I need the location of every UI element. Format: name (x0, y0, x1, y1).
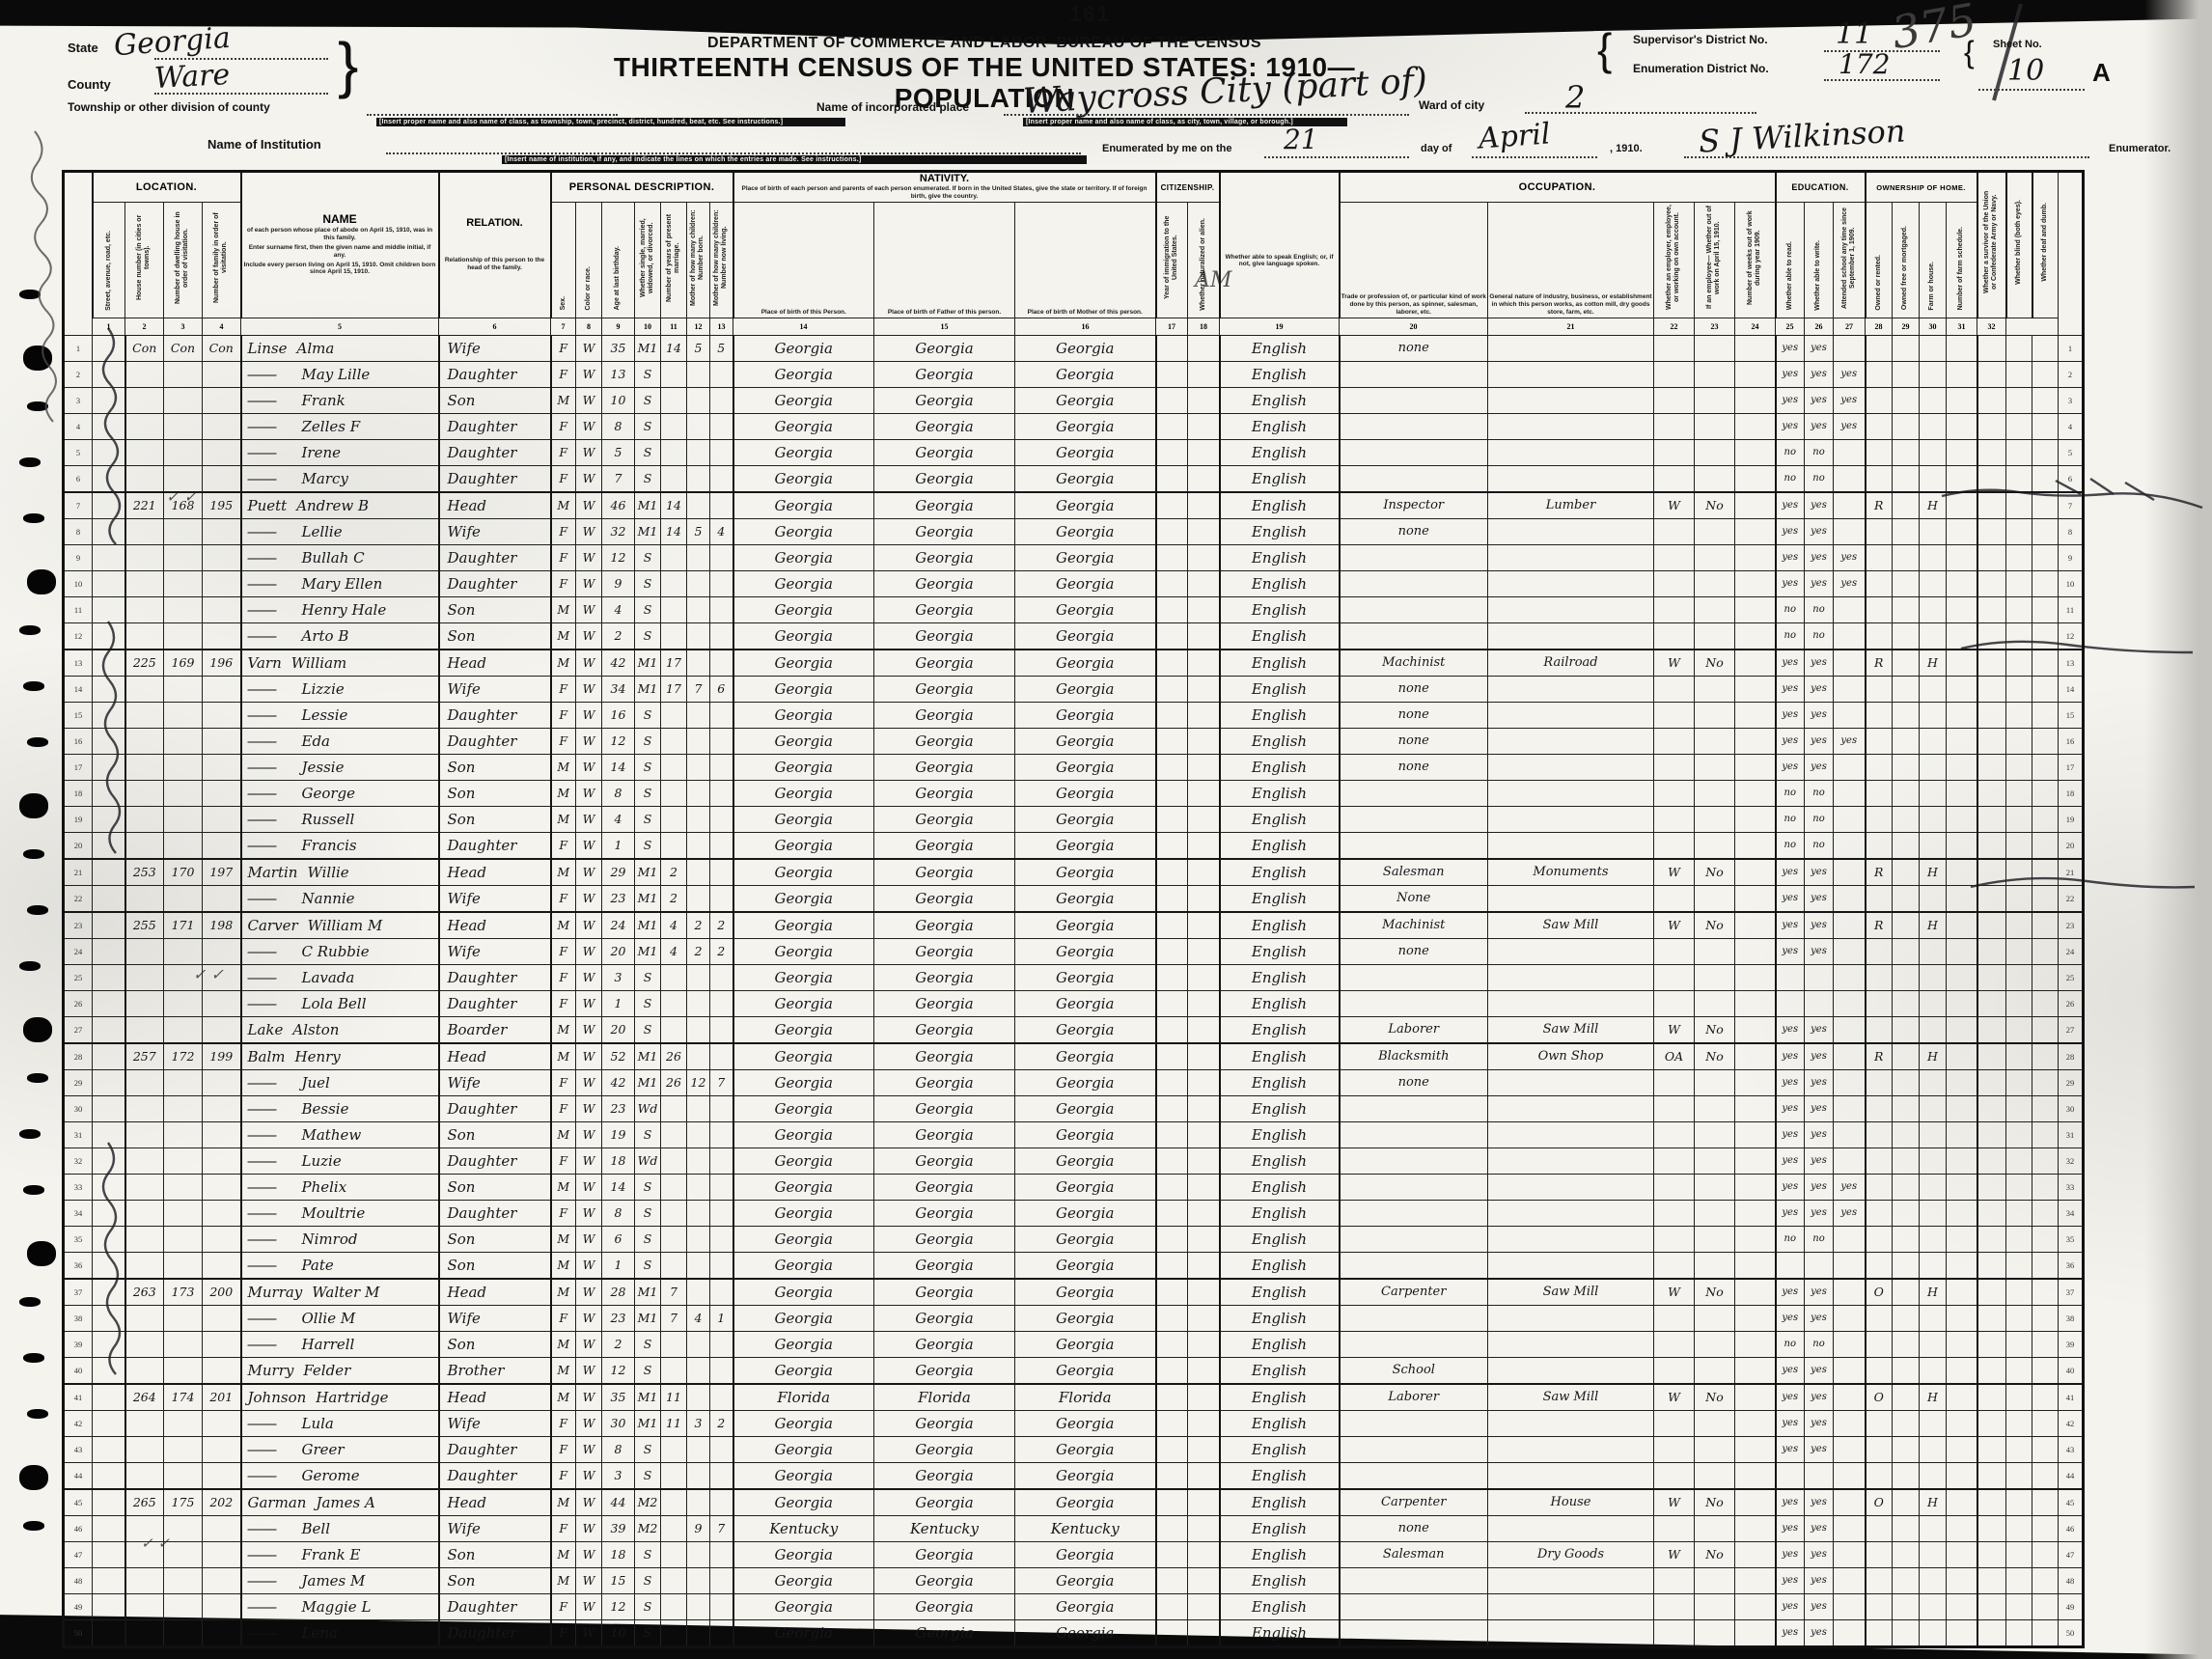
cell-marital: S (635, 1226, 661, 1252)
cell-family-number (203, 1174, 241, 1200)
cell-industry (1488, 1593, 1654, 1619)
cell-house-number: 221 (125, 492, 164, 519)
cell-language: English (1220, 1567, 1340, 1593)
cell-age: 12 (602, 544, 635, 570)
cell-language: English (1220, 964, 1340, 990)
cell-language: English (1220, 754, 1340, 780)
cell-language: English (1220, 1357, 1340, 1384)
cell-age: 44 (602, 1489, 635, 1516)
line-number-right: 15 (2059, 702, 2084, 728)
cell-free-mortgaged (1893, 1331, 1920, 1357)
cell-mother-birthplace: Georgia (1015, 387, 1156, 413)
enumerated-day: 21 (1284, 124, 1318, 155)
cell-father-birthplace: Georgia (874, 1174, 1015, 1200)
census-row-18: 18――GeorgeSonMW8SGeorgiaGeorgiaGeorgiaEn… (64, 780, 2084, 806)
cell-father-birthplace: Georgia (874, 1121, 1015, 1147)
census-row-16: 16――EdaDaughterFW12SGeorgiaGeorgiaGeorgi… (64, 728, 2084, 754)
cell-mother-birthplace: Georgia (1015, 465, 1156, 492)
cell-language: English (1220, 570, 1340, 596)
cell-dwelling-number: 174 (164, 1384, 203, 1411)
cell-birthplace: Georgia (733, 1016, 874, 1043)
punch-mark (27, 1241, 56, 1266)
cell-father-birthplace: Georgia (874, 596, 1015, 622)
cell-write: yes (1805, 1016, 1834, 1043)
cell-immigration-year (1156, 1384, 1188, 1411)
cell-out-of-work (1695, 1436, 1735, 1462)
cell-veteran (1977, 676, 2006, 702)
cell-name: MurryFelder (241, 1357, 439, 1384)
cell-weeks-out (1735, 912, 1776, 939)
cell-language: English (1220, 622, 1340, 650)
cell-relation: Son (439, 596, 551, 622)
cell-owned-rented (1866, 885, 1893, 912)
cell-trade: none (1340, 1515, 1488, 1541)
cell-marital: M2 (635, 1489, 661, 1516)
cell-write: yes (1805, 387, 1834, 413)
cell-weeks-out (1735, 439, 1776, 465)
cell-family-number (203, 622, 241, 650)
cell-trade: Salesman (1340, 859, 1488, 886)
line-number: 8 (64, 518, 93, 544)
cell-family-number (203, 964, 241, 990)
cell-naturalized (1188, 650, 1220, 677)
cell-street (93, 702, 125, 728)
cell-dwelling-number (164, 1357, 203, 1384)
cell-language: English (1220, 1462, 1340, 1489)
cell-children-living (710, 1384, 733, 1411)
cell-name: ――George (241, 780, 439, 806)
cell-write: yes (1805, 676, 1834, 702)
cell-children-born (687, 754, 710, 780)
cell-trade (1340, 1095, 1488, 1121)
cell-deaf (2032, 1489, 2059, 1516)
cell-weeks-out (1735, 1016, 1776, 1043)
cell-dwelling-number (164, 938, 203, 964)
cell-immigration-year (1156, 1147, 1188, 1174)
cell-deaf (2032, 990, 2059, 1016)
township-line (367, 114, 618, 116)
cell-children-living (710, 1462, 733, 1489)
census-row-20: 20――FrancisDaughterFW1SGeorgiaGeorgiaGeo… (64, 832, 2084, 859)
cell-street (93, 1436, 125, 1462)
cell-blind (2006, 622, 2032, 650)
cell-employment-class: OA (1654, 1043, 1695, 1070)
cell-color: W (576, 806, 602, 832)
cell-relation: Daughter (439, 570, 551, 596)
cell-deaf (2032, 1357, 2059, 1384)
cell-street (93, 1043, 125, 1070)
cell-relation: Daughter (439, 832, 551, 859)
cell-dwelling-number (164, 1252, 203, 1279)
cell-dwelling-number: Con (164, 335, 203, 361)
line-number-right: 23 (2059, 912, 2084, 939)
supervisor-value: 11 (1836, 17, 1872, 51)
cell-children-born (687, 859, 710, 886)
cell-relation: Head (439, 1043, 551, 1070)
cell-name: GarmanJames A (241, 1489, 439, 1516)
cell-read: yes (1776, 1410, 1805, 1436)
cell-deaf (2032, 806, 2059, 832)
punch-mark (27, 737, 48, 747)
cell-out-of-work (1695, 1619, 1735, 1646)
cell-free-mortgaged (1893, 439, 1920, 465)
cell-language: English (1220, 361, 1340, 387)
cell-immigration-year (1156, 1016, 1188, 1043)
col-education-head: Whether able to write. (1805, 202, 1834, 318)
census-row-19: 19――RussellSonMW4SGeorgiaGeorgiaGeorgiaE… (64, 806, 2084, 832)
cell-write: yes (1805, 859, 1834, 886)
line-number-right: 10 (2059, 570, 2084, 596)
state-value: Georgia (113, 21, 232, 63)
cell-mother-birthplace: Georgia (1015, 1462, 1156, 1489)
cell-employment-class (1654, 570, 1695, 596)
cell-weeks-out (1735, 361, 1776, 387)
cell-employment-class: W (1654, 912, 1695, 939)
cell-children-born (687, 1384, 710, 1411)
col-number: 12 (687, 318, 710, 335)
cell-color: W (576, 754, 602, 780)
line-number: 2 (64, 361, 93, 387)
cell-children-living (710, 622, 733, 650)
cell-read: yes (1776, 335, 1805, 361)
cell-trade (1340, 413, 1488, 439)
cell-language: English (1220, 859, 1340, 886)
cell-farm-schedule (1947, 439, 1977, 465)
line-number-right: 48 (2059, 1567, 2084, 1593)
cell-read: yes (1776, 1174, 1805, 1200)
cell-blind (2006, 1016, 2032, 1043)
cell-immigration-year (1156, 990, 1188, 1016)
cell-father-birthplace: Georgia (874, 518, 1015, 544)
cell-weeks-out (1735, 492, 1776, 519)
cell-out-of-work (1695, 938, 1735, 964)
cell-out-of-work (1695, 1095, 1735, 1121)
cell-sex: M (551, 1567, 576, 1593)
cell-read: yes (1776, 1305, 1805, 1331)
cell-veteran (1977, 1515, 2006, 1541)
cell-house-number: 225 (125, 650, 164, 677)
cell-write: yes (1805, 1147, 1834, 1174)
cell-years-married: 2 (661, 885, 687, 912)
line-number: 42 (64, 1410, 93, 1436)
col-english-head: Whether able to speak English; or, if no… (1220, 172, 1340, 318)
cell-father-birthplace: Georgia (874, 622, 1015, 650)
census-row-14: 14――LizzieWifeFW34M11776GeorgiaGeorgiaGe… (64, 676, 2084, 702)
cell-owned-rented: O (1866, 1489, 1893, 1516)
cell-language: English (1220, 676, 1340, 702)
cell-sex: M (551, 1331, 576, 1357)
cell-farm-house (1920, 439, 1947, 465)
cell-house-number (125, 1226, 164, 1252)
cell-years-married (661, 832, 687, 859)
cell-marital: S (635, 1200, 661, 1226)
col-number: 20 (1340, 318, 1488, 335)
cell-school (1834, 702, 1866, 728)
cell-street (93, 413, 125, 439)
cell-years-married: 14 (661, 335, 687, 361)
cell-school (1834, 1226, 1866, 1252)
cell-read: yes (1776, 885, 1805, 912)
cell-farm-house (1920, 1541, 1947, 1567)
cell-owned-rented (1866, 465, 1893, 492)
cell-free-mortgaged (1893, 1200, 1920, 1226)
census-row-24: 24――C RubbieWifeFW20M1422GeorgiaGeorgiaG… (64, 938, 2084, 964)
cell-farm-house: H (1920, 1043, 1947, 1070)
cell-naturalized (1188, 964, 1220, 990)
cell-years-married: 17 (661, 650, 687, 677)
township-label: Township or other division of county (68, 100, 270, 114)
cell-deaf (2032, 1436, 2059, 1462)
cell-out-of-work (1695, 361, 1735, 387)
cell-free-mortgaged (1893, 938, 1920, 964)
cell-veteran (1977, 1357, 2006, 1384)
cell-industry (1488, 1069, 1654, 1095)
cell-marital: M1 (635, 1279, 661, 1306)
cell-immigration-year (1156, 938, 1188, 964)
cell-out-of-work (1695, 544, 1735, 570)
cell-mother-birthplace: Georgia (1015, 676, 1156, 702)
census-row-15: 15――LessieDaughterFW16SGeorgiaGeorgiaGeo… (64, 702, 2084, 728)
col-number: 23 (1695, 318, 1735, 335)
cell-farm-house: H (1920, 492, 1947, 519)
cell-years-married: 11 (661, 1384, 687, 1411)
line-number: 34 (64, 1200, 93, 1226)
cell-family-number (203, 1619, 241, 1646)
cell-free-mortgaged (1893, 912, 1920, 939)
cell-employment-class (1654, 596, 1695, 622)
cell-free-mortgaged (1893, 806, 1920, 832)
col-number: 32 (1977, 318, 2006, 335)
punch-mark (23, 849, 44, 859)
cell-employment-class (1654, 1095, 1695, 1121)
cell-weeks-out (1735, 1541, 1776, 1567)
cell-relation: Daughter (439, 1436, 551, 1462)
line-number: 45 (64, 1489, 93, 1516)
cell-employment-class (1654, 335, 1695, 361)
cell-dwelling-number (164, 518, 203, 544)
cell-school (1834, 1384, 1866, 1411)
cell-trade: none (1340, 1069, 1488, 1095)
cell-farm-house (1920, 518, 1947, 544)
cell-industry (1488, 728, 1654, 754)
cell-family-number: 195 (203, 492, 241, 519)
cell-age: 12 (602, 728, 635, 754)
cell-street (93, 1384, 125, 1411)
cell-birthplace: Georgia (733, 518, 874, 544)
cell-out-of-work (1695, 1331, 1735, 1357)
cell-house-number (125, 990, 164, 1016)
cell-street (93, 1279, 125, 1306)
cell-family-number (203, 832, 241, 859)
cell-owned-rented: R (1866, 650, 1893, 677)
cell-employment-class (1654, 1069, 1695, 1095)
cell-house-number (125, 1147, 164, 1174)
cell-street (93, 1069, 125, 1095)
cell-relation: Head (439, 1489, 551, 1516)
cell-employment-class: W (1654, 1016, 1695, 1043)
cell-naturalized (1188, 806, 1220, 832)
cell-immigration-year (1156, 413, 1188, 439)
cell-immigration-year (1156, 1121, 1188, 1147)
cell-name: ――Juel (241, 1069, 439, 1095)
cell-years-married (661, 1147, 687, 1174)
cell-name: ――Lessie (241, 702, 439, 728)
cell-children-living (710, 1357, 733, 1384)
cell-owned-rented (1866, 1331, 1893, 1357)
cell-color: W (576, 1279, 602, 1306)
cell-veteran (1977, 1436, 2006, 1462)
cell-mother-birthplace: Georgia (1015, 1305, 1156, 1331)
cell-deaf (2032, 702, 2059, 728)
cell-immigration-year (1156, 622, 1188, 650)
cell-years-married (661, 1331, 687, 1357)
cell-trade (1340, 570, 1488, 596)
col-location-head: Number of family in order of visitation. (203, 202, 241, 318)
cell-industry: Lumber (1488, 492, 1654, 519)
col-number: 25 (1776, 318, 1805, 335)
census-row-7: 7221168195PuettAndrew BHeadMW46M114Georg… (64, 492, 2084, 519)
cell-farm-schedule (1947, 1515, 1977, 1541)
cell-owned-rented (1866, 1147, 1893, 1174)
cell-deaf (2032, 728, 2059, 754)
cell-industry (1488, 1436, 1654, 1462)
cell-age: 32 (602, 518, 635, 544)
cell-birthplace: Georgia (733, 885, 874, 912)
cell-deaf (2032, 1200, 2059, 1226)
cell-free-mortgaged (1893, 676, 1920, 702)
cell-birthplace: Georgia (733, 1174, 874, 1200)
line-number: 15 (64, 702, 93, 728)
col-ownership-head: Owned or rented. (1866, 202, 1893, 318)
cell-dwelling-number: 170 (164, 859, 203, 886)
col-number: 2 (125, 318, 164, 335)
cell-street (93, 676, 125, 702)
cell-veteran (1977, 1331, 2006, 1357)
cell-industry (1488, 832, 1654, 859)
cell-children-born: 4 (687, 1305, 710, 1331)
sheet-label: Sheet No. (1993, 39, 2042, 50)
cell-industry (1488, 1121, 1654, 1147)
cell-employment-class (1654, 1515, 1695, 1541)
cell-family-number (203, 728, 241, 754)
cell-write (1805, 964, 1834, 990)
cell-marital: M1 (635, 859, 661, 886)
cell-children-living (710, 465, 733, 492)
cell-employment-class (1654, 1200, 1695, 1226)
cell-street (93, 990, 125, 1016)
cell-trade: School (1340, 1357, 1488, 1384)
cell-deaf (2032, 1069, 2059, 1095)
cell-birthplace: Georgia (733, 650, 874, 677)
cell-dwelling-number (164, 676, 203, 702)
cell-free-mortgaged (1893, 596, 1920, 622)
cell-sex: F (551, 1515, 576, 1541)
cell-trade (1340, 1462, 1488, 1489)
cell-industry (1488, 702, 1654, 728)
cell-street (93, 1016, 125, 1043)
cell-father-birthplace: Georgia (874, 885, 1015, 912)
cell-years-married: 11 (661, 1410, 687, 1436)
cell-school (1834, 832, 1866, 859)
cell-deaf (2032, 754, 2059, 780)
cell-children-born (687, 964, 710, 990)
cell-veteran (1977, 1593, 2006, 1619)
cell-street (93, 754, 125, 780)
place-line (1004, 114, 1409, 116)
cell-father-birthplace: Georgia (874, 832, 1015, 859)
county-line (154, 93, 328, 95)
cell-children-living (710, 859, 733, 886)
line-number-right: 12 (2059, 622, 2084, 650)
cell-father-birthplace: Kentucky (874, 1515, 1015, 1541)
cell-dwelling-number (164, 387, 203, 413)
line-number: 48 (64, 1567, 93, 1593)
cell-out-of-work: No (1695, 1541, 1735, 1567)
census-row-12: 12――Arto BSonMW2SGeorgiaGeorgiaGeorgiaEn… (64, 622, 2084, 650)
cell-father-birthplace: Georgia (874, 335, 1015, 361)
cell-farm-house: H (1920, 650, 1947, 677)
cell-mother-birthplace: Georgia (1015, 1619, 1156, 1646)
cell-street (93, 1489, 125, 1516)
enumeration-line (1824, 79, 1940, 81)
cell-farm-schedule (1947, 1384, 1977, 1411)
cell-sex: F (551, 465, 576, 492)
col-occupation-head: General nature of industry, business, or… (1488, 202, 1654, 318)
cell-immigration-year (1156, 702, 1188, 728)
cell-farm-house: H (1920, 1384, 1947, 1411)
cell-relation: Daughter (439, 1095, 551, 1121)
cell-trade (1340, 1147, 1488, 1174)
cell-naturalized (1188, 728, 1220, 754)
cell-mother-birthplace: Georgia (1015, 1593, 1156, 1619)
cell-veteran (1977, 990, 2006, 1016)
cell-employment-class (1654, 1121, 1695, 1147)
cell-read: yes (1776, 544, 1805, 570)
cell-industry (1488, 622, 1654, 650)
cell-mother-birthplace: Georgia (1015, 1541, 1156, 1567)
cell-children-born (687, 806, 710, 832)
cell-trade (1340, 387, 1488, 413)
cell-name: LakeAlston (241, 1016, 439, 1043)
cell-dwelling-number (164, 1436, 203, 1462)
col-extra-head: Whether deaf and dumb. (2032, 172, 2059, 318)
cell-veteran (1977, 832, 2006, 859)
cell-dwelling-number (164, 832, 203, 859)
cell-farm-schedule (1947, 780, 1977, 806)
cell-years-married (661, 361, 687, 387)
cell-weeks-out (1735, 1174, 1776, 1200)
cell-owned-rented (1866, 728, 1893, 754)
cell-years-married (661, 1016, 687, 1043)
cell-write: no (1805, 806, 1834, 832)
cell-name: ――Maggie L (241, 1593, 439, 1619)
cell-mother-birthplace: Georgia (1015, 518, 1156, 544)
census-row-49: 49――Maggie LDaughterFW12SGeorgiaGeorgiaG… (64, 1593, 2084, 1619)
cell-color: W (576, 387, 602, 413)
cell-weeks-out (1735, 885, 1776, 912)
cell-weeks-out (1735, 964, 1776, 990)
cell-immigration-year (1156, 1069, 1188, 1095)
cell-marital: M1 (635, 1069, 661, 1095)
cell-age: 19 (602, 1121, 635, 1147)
cell-blind (2006, 518, 2032, 544)
cell-language: English (1220, 1043, 1340, 1070)
cell-dwelling-number (164, 1069, 203, 1095)
cell-relation: Daughter (439, 361, 551, 387)
cell-house-number (125, 1410, 164, 1436)
cell-sex: M (551, 1279, 576, 1306)
cell-marital: S (635, 596, 661, 622)
